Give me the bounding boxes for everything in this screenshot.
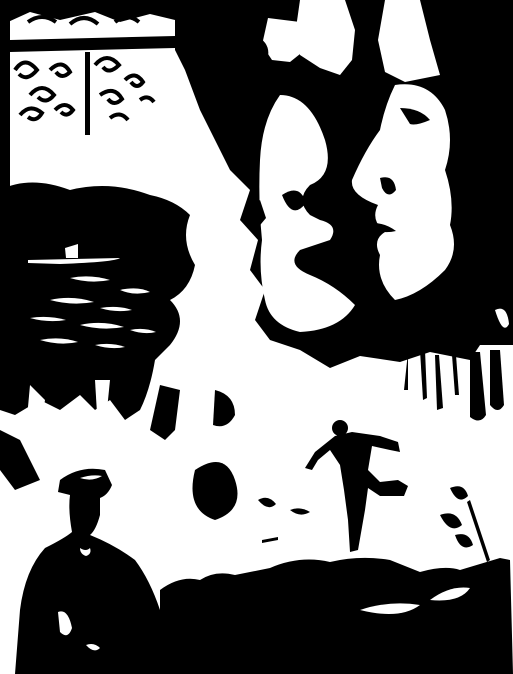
dark-foreground-ground: [160, 558, 513, 674]
illustration: [0, 0, 513, 674]
